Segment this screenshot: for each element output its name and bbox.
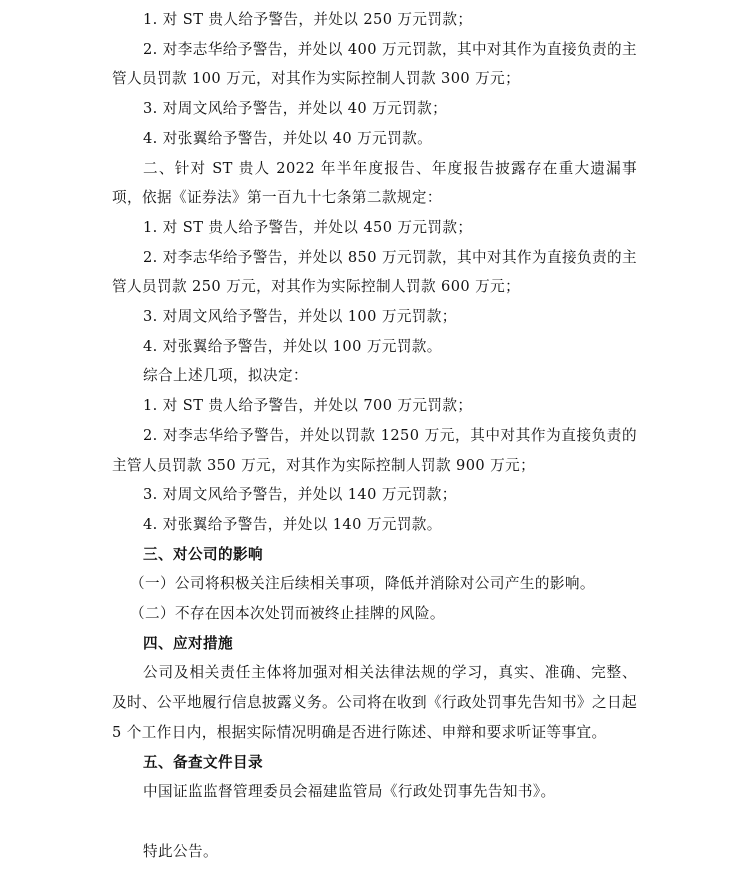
section4-heading: 四、应对措施 [112,629,637,659]
penalty-item: 4. 对张翼给予警告，并处以 100 万元罚款。 [112,332,637,362]
section2-intro: 二、针对 ST 贵人 2022 年半年度报告、年度报告披露存在重大遗漏事项，依据… [112,154,637,213]
impact-item: （二）不存在因本次处罚而被终止挂牌的风险。 [112,599,637,629]
spacer [112,807,637,837]
penalty-item: 2. 对李志华给予警告，并处以 850 万元罚款，其中对其作为直接负责的主管人员… [112,243,637,302]
penalty-item: 1. 对 ST 贵人给予警告，并处以 700 万元罚款； [112,391,637,421]
summary-intro: 综合上述几项，拟决定： [112,361,637,391]
penalty-item: 2. 对李志华给予警告，并处以 400 万元罚款，其中对其作为直接负责的主管人员… [112,35,637,94]
penalty-item: 2. 对李志华给予警告，并处以罚款 1250 万元，其中对其作为直接负责的主管人… [112,421,637,480]
penalty-item: 1. 对 ST 贵人给予警告，并处以 450 万元罚款； [112,213,637,243]
impact-item: （一）公司将积极关注后续相关事项，降低并消除对公司产生的影响。 [112,569,637,599]
section3-heading: 三、对公司的影响 [112,540,637,570]
closing-statement: 特此公告。 [112,837,637,867]
penalty-item: 4. 对张翼给予警告，并处以 40 万元罚款。 [112,124,637,154]
penalty-item: 1. 对 ST 贵人给予警告，并处以 250 万元罚款； [112,5,637,35]
reference-documents: 中国证监监督管理委员会福建监管局《行政处罚事先告知书》。 [112,777,637,807]
penalty-item: 4. 对张翼给予警告，并处以 140 万元罚款。 [112,510,637,540]
penalty-item: 3. 对周文风给予警告，并处以 140 万元罚款； [112,480,637,510]
measures-body: 公司及相关责任主体将加强对相关法律法规的学习，真实、准确、完整、及时、公平地履行… [112,658,637,747]
penalty-item: 3. 对周文风给予警告，并处以 40 万元罚款； [112,94,637,124]
penalty-item: 3. 对周文风给予警告，并处以 100 万元罚款； [112,302,637,332]
section5-heading: 五、备查文件目录 [112,748,637,778]
document-page: 1. 对 ST 贵人给予警告，并处以 250 万元罚款； 2. 对李志华给予警告… [112,5,637,866]
